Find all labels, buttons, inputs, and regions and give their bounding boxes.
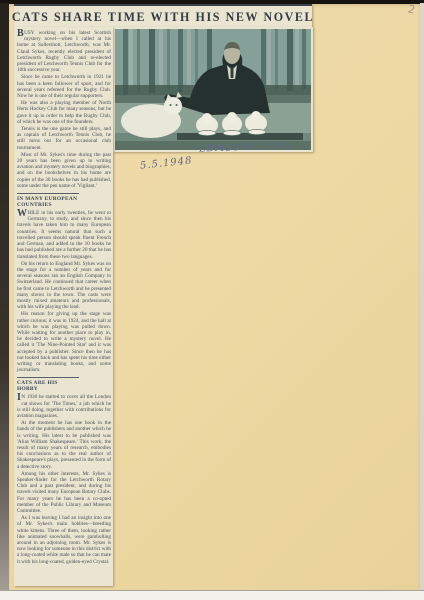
article-paragraph: IN 1930 he started to cover all the Lond… — [17, 394, 111, 419]
scanned-page: 2 CATS SHARE TIME WITH HIS NEW NOVEL — [0, 0, 424, 600]
article-paragraph: He was also a playing member of North He… — [17, 100, 111, 125]
article-subheading: IN MANY EUROPEAN COUNTRIES — [17, 193, 79, 208]
article-paragraph: Among his other interests, Mr. Sykes is … — [17, 471, 111, 514]
scan-edge-left — [0, 3, 9, 590]
article-paragraph: WHILE in his early twenties, he went to … — [17, 210, 111, 260]
newspaper-photo-piece — [113, 27, 313, 152]
photo-man-with-cats — [115, 29, 311, 150]
article-subheading: CATS ARE HIS HOBBY — [17, 377, 79, 392]
article-paragraph: Tennis is the one game he still plays, a… — [17, 126, 111, 151]
article-body: BUSY working on his latest Scottish myst… — [17, 30, 111, 565]
article-paragraph: On his return to England Mr. Sykes was o… — [17, 261, 111, 311]
article-paragraph: BUSY working on his latest Scottish myst… — [17, 30, 111, 73]
scan-edge-right — [420, 3, 424, 593]
headline-text: CATS SHARE TIME WITH HIS NEW NOVEL — [12, 10, 314, 26]
scan-edge-bottom — [0, 590, 424, 600]
article-paragraph: Most of Mr. Sykes's time during the past… — [17, 152, 111, 189]
newspaper-headline-strip: CATS SHARE TIME WITH HIS NEW NOVEL — [14, 4, 312, 29]
article-paragraph: At the moment he has one book in the han… — [17, 420, 111, 470]
article-paragraph: Since he came to Letchworth in 1921 he h… — [17, 74, 111, 99]
article-paragraph: As I was leaving I had an insight into o… — [17, 515, 111, 565]
article-paragraph: His reason for giving up the stage was r… — [17, 311, 111, 373]
newspaper-text-column: BUSY working on his latest Scottish myst… — [14, 27, 113, 586]
